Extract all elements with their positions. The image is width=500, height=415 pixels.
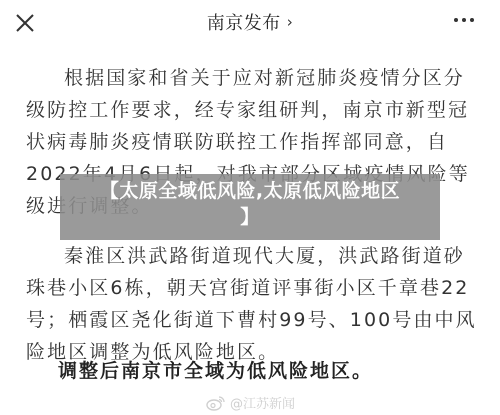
article-paragraph-3: 调整后南京市全域为低风险地区。 [58, 356, 373, 383]
chevron-right-icon: › [287, 13, 294, 31]
more-icon-dot [470, 18, 474, 22]
more-icon-dot [462, 18, 466, 22]
watermark-text: @江苏新闻 [230, 393, 295, 412]
overlay-line-1: 【太原全域低风险,太原低风险地区 [60, 178, 440, 204]
page-title: 南京发布 [207, 9, 281, 35]
headline-overlay: 【太原全域低风险,太原低风险地区 】 [60, 174, 440, 240]
top-bar: 南京发布 › [0, 0, 500, 44]
watermark: @江苏新闻 [206, 393, 295, 412]
more-icon-dot [454, 18, 458, 22]
weibo-icon [206, 395, 226, 411]
close-button[interactable] [14, 12, 36, 34]
more-button[interactable] [454, 18, 474, 22]
article-paragraph-2: 秦淮区洪武路街道现代大厦，洪武路街道砂珠巷小区6栋，朝天宫街道评事街小区千章巷2… [26, 240, 481, 368]
close-icon [14, 12, 36, 34]
overlay-line-2: 】 [60, 204, 440, 230]
account-title-link[interactable]: 南京发布 › [207, 9, 294, 35]
